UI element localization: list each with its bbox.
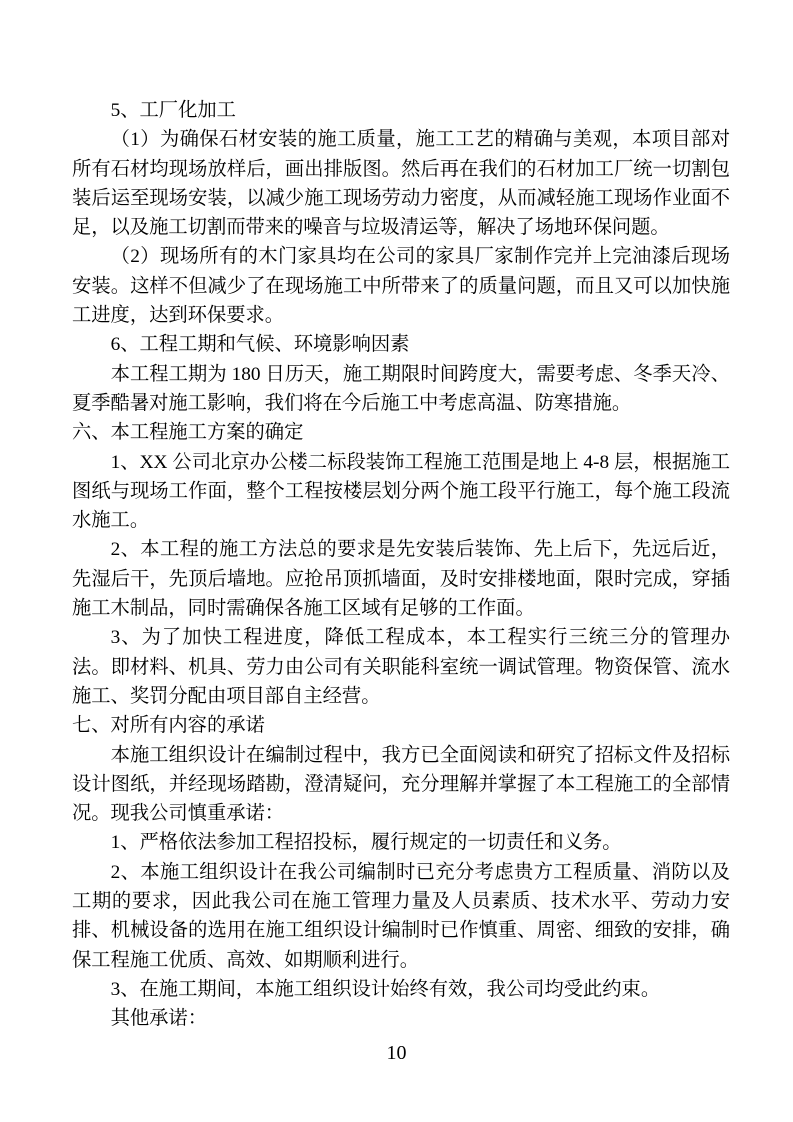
paragraph: （1）为确保石材安装的施工质量，施工工艺的精确与美观，本项目部对所有石材均现场放… bbox=[72, 125, 730, 242]
paragraph: 3、为了加快工程进度，降低工程成本，本工程实行三统三分的管理办法。即材料、机具、… bbox=[72, 623, 730, 711]
section-heading: 六、本工程施工方案的确定 bbox=[72, 418, 730, 447]
paragraph: 本施工组织设计在编制过程中，我方已全面阅读和研究了招标文件及招标设计图纸，并经现… bbox=[72, 741, 730, 829]
paragraph: （2）现场所有的木门家具均在公司的家具厂家制作完并上完油漆后现场安装。这样不但减… bbox=[72, 242, 730, 330]
paragraph: 2、本工程的施工方法总的要求是先安装后装饰、先上后下，先远后近，先湿后干，先顶后… bbox=[72, 535, 730, 623]
paragraph: 5、工厂化加工 bbox=[72, 96, 730, 125]
document-body: 5、工厂化加工（1）为确保石材安装的施工质量，施工工艺的精确与美观，本项目部对所… bbox=[72, 96, 730, 1034]
paragraph: 1、XX 公司北京办公楼二标段装饰工程施工范围是地上 4-8 层，根据施工图纸与… bbox=[72, 448, 730, 536]
document-page: 5、工厂化加工（1）为确保石材安装的施工质量，施工工艺的精确与美观，本项目部对所… bbox=[0, 0, 793, 1122]
section-heading: 七、对所有内容的承诺 bbox=[72, 711, 730, 740]
paragraph: 6、工程工期和气候、环境影响因素 bbox=[72, 330, 730, 359]
paragraph: 其他承诺： bbox=[72, 1004, 730, 1033]
paragraph: 2、本施工组织设计在我公司编制时已充分考虑贵方工程质量、消防以及工期的要求，因此… bbox=[72, 858, 730, 975]
page-number: 10 bbox=[0, 1040, 793, 1066]
paragraph: 本工程工期为 180 日历天，施工期限时间跨度大，需要考虑、冬季天冷、夏季酷暑对… bbox=[72, 360, 730, 419]
paragraph: 1、严格依法参加工程招投标，履行规定的一切责任和义务。 bbox=[72, 828, 730, 857]
paragraph: 3、在施工期间，本施工组织设计始终有效，我公司均受此约束。 bbox=[72, 975, 730, 1004]
